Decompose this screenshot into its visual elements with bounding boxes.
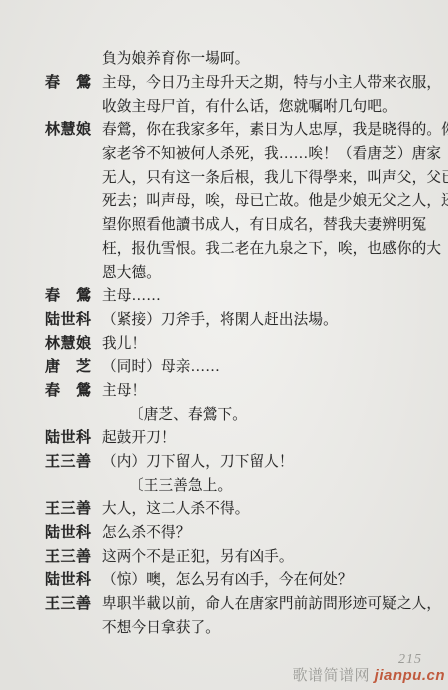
script-line: 收敛主母尸首，有什么话，您就嘱咐几句吧。: [45, 93, 423, 117]
script-line: 〔王三善急上。: [45, 472, 423, 496]
script-line: 春 鶯 主母！: [45, 378, 423, 402]
dialogue-text: （内）刀下留人，刀下留人！: [102, 450, 294, 471]
speaker-name: 王三善: [45, 545, 102, 566]
dialogue-text: （惊）噢，怎么另有凶手，今在何处？: [102, 568, 353, 589]
dialogue-text: 恩大德。: [102, 261, 161, 282]
script-line: 陆世科 （惊）噢，怎么另有凶手，今在何处？: [45, 567, 423, 591]
watermark-site-name: 歌谱简谱网: [292, 667, 370, 684]
dialogue-text: （紧接）刀斧手，将閑人赶出法場。: [102, 308, 338, 329]
script-line: 〔唐芝、春鶯下。: [45, 401, 423, 425]
script-line: 王三善 大人，这二人杀不得。: [45, 496, 423, 520]
dialogue-text: 春鶯，你在我家多年，素日为人忠厚，我是晓得的。你: [102, 118, 448, 139]
dialogue-text: 起鼓开刀！: [102, 426, 176, 447]
watermark: 歌谱简谱网 jianpu.cn: [292, 664, 445, 685]
script-line: 唐 芝 （同时）母亲……: [45, 354, 423, 378]
script-line: 負为娘养育你一場呵。: [45, 46, 423, 70]
dialogue-text: 家老爷不知被何人杀死，我……唉！（看唐芝）唐家: [102, 142, 441, 163]
script-line: 林慧娘 春鶯，你在我家多年，素日为人忠厚，我是晓得的。你: [45, 117, 423, 141]
script-line: 春 鶯 主母……: [45, 283, 423, 307]
script-line: 王三善 （内）刀下留人，刀下留人！: [45, 449, 423, 473]
script-line: 陆世科 （紧接）刀斧手，将閑人赶出法場。: [45, 307, 423, 331]
script-line: 望你照看他讀书成人，有日成名，替我夫妻辨明冤: [45, 212, 423, 236]
script-line: 枉，报仇雪恨。我二老在九泉之下，唉，也感你的大: [45, 236, 423, 260]
dialogue-text: 負为娘养育你一場呵。: [102, 47, 249, 68]
script-line: 林慧娘 我儿！: [45, 330, 423, 354]
watermark-domain: jianpu.cn: [375, 667, 445, 684]
speaker-name: 陆世科: [45, 521, 102, 542]
dialogue-text: 死去；叫声母，唉，母已亡故。他是少娘无父之人，还: [102, 189, 448, 210]
scanned-script-page: 負为娘养育你一場呵。 春 鶯 主母，今日乃主母升天之期，特与小主人带来衣服， 收…: [0, 0, 448, 690]
script-line: 王三善 卑职半載以前，命人在唐家門前訪問形迹可疑之人，: [45, 591, 423, 615]
speaker-name: 王三善: [45, 592, 102, 613]
speaker-name: 陆世科: [45, 308, 102, 329]
speaker-name: 春 鶯: [45, 284, 102, 305]
dialogue-text: 卑职半載以前，命人在唐家門前訪問形迹可疑之人，: [102, 592, 441, 613]
dialogue-text: 不想今日拿获了。: [102, 616, 220, 637]
dialogue-text: 我儿！: [102, 332, 146, 353]
script-line: 陆世科 起鼓开刀！: [45, 425, 423, 449]
dialogue-text: 这两个不是正犯，另有凶手。: [102, 545, 294, 566]
dialogue-text: 〔唐芝、春鶯下。: [102, 403, 247, 424]
script-line: 春 鶯 主母，今日乃主母升天之期，特与小主人带来衣服，: [45, 70, 423, 94]
speaker-name: 陆世科: [45, 568, 102, 589]
dialogue-text: 收敛主母尸首，有什么话，您就嘱咐几句吧。: [102, 95, 397, 116]
speaker-name: 王三善: [45, 497, 102, 518]
script-body: 負为娘养育你一場呵。 春 鶯 主母，今日乃主母升天之期，特与小主人带来衣服， 收…: [45, 46, 423, 638]
script-line: 家老爷不知被何人杀死，我……唉！（看唐芝）唐家: [45, 141, 423, 165]
dialogue-text: 〔王三善急上。: [102, 474, 232, 495]
dialogue-text: 无人，只有这一条后根，我儿下得學来，叫声父，父已: [102, 166, 448, 187]
script-line: 不想今日拿获了。: [45, 615, 423, 639]
speaker-name: 陆世科: [45, 426, 102, 447]
speaker-name: 王三善: [45, 450, 102, 471]
dialogue-text: 怎么杀不得？: [102, 521, 190, 542]
dialogue-text: 大人，这二人杀不得。: [102, 497, 249, 518]
dialogue-text: 主母……: [102, 284, 161, 305]
speaker-name: 林慧娘: [45, 118, 102, 139]
script-line: 恩大德。: [45, 259, 423, 283]
dialogue-text: （同时）母亲……: [102, 355, 220, 376]
script-line: 无人，只有这一条后根，我儿下得學来，叫声父，父已: [45, 164, 423, 188]
dialogue-text: 主母，今日乃主母升天之期，特与小主人带来衣服，: [102, 71, 441, 92]
speaker-name: 春 鶯: [45, 379, 102, 400]
speaker-name: 林慧娘: [45, 332, 102, 353]
speaker-name: 春 鶯: [45, 71, 102, 92]
script-line: 陆世科 怎么杀不得？: [45, 520, 423, 544]
script-line: 王三善 这两个不是正犯，另有凶手。: [45, 543, 423, 567]
speaker-name: 唐 芝: [45, 355, 102, 376]
dialogue-text: 主母！: [102, 379, 146, 400]
script-line: 死去；叫声母，唉，母已亡故。他是少娘无父之人，还: [45, 188, 423, 212]
dialogue-text: 枉，报仇雪恨。我二老在九泉之下，唉，也感你的大: [102, 237, 441, 258]
dialogue-text: 望你照看他讀书成人，有日成名，替我夫妻辨明冤: [102, 213, 426, 234]
